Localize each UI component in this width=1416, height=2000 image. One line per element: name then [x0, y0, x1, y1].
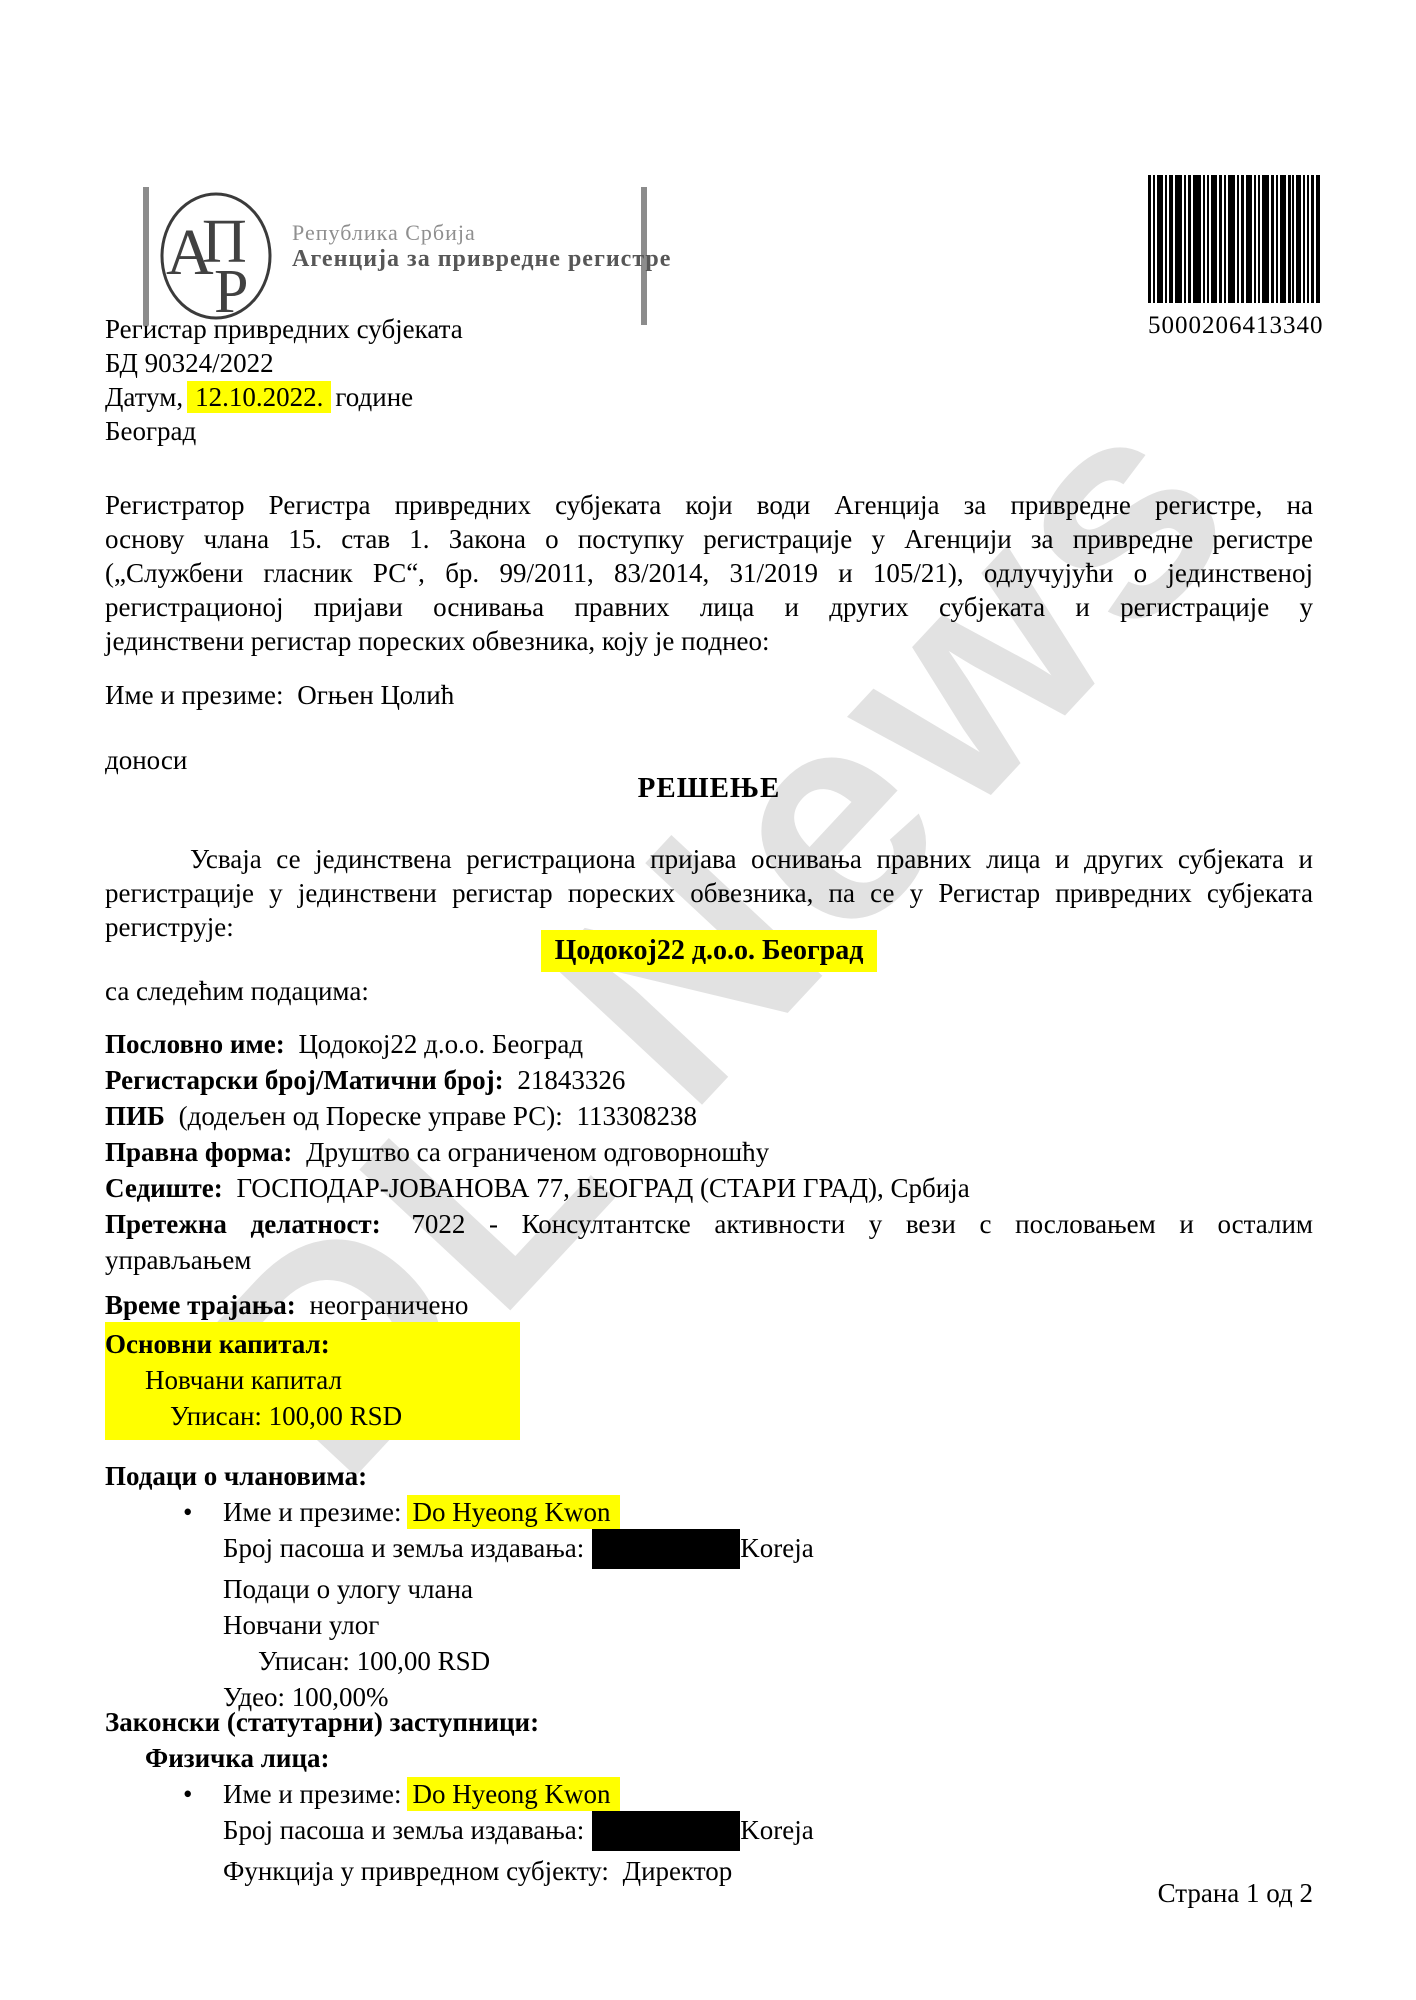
- apr-logo-icon: А П Р: [158, 190, 274, 322]
- passport-redaction-box: [592, 1529, 740, 1569]
- capital-type: Новчани капитал: [105, 1362, 520, 1398]
- page-indicator: Страна 1 од 2: [105, 1878, 1313, 1909]
- rep-name-highlight: Do Hyeong Kwon: [407, 1777, 620, 1811]
- date-prefix: Датум,: [105, 382, 183, 412]
- submitter-label: Име и презиме:: [105, 680, 283, 710]
- rep-name-line: • Име и презиме:Do Hyeong Kwon: [105, 1776, 1313, 1812]
- member-contribution-subscribed: Уписан: 100,00 RSD: [105, 1643, 1313, 1679]
- company-details: Пословно име: Цодокој22 д.о.о. Београд Р…: [105, 1026, 1313, 1278]
- date-line: Датум,12.10.2022.године: [105, 380, 463, 414]
- capital-subscribed: Уписан: 100,00 RSD: [105, 1398, 520, 1434]
- following-data-line: са следећим подацима:: [105, 976, 369, 1007]
- rep-passport-line: Број пасоша и земља издавања:Koreja: [105, 1812, 1313, 1853]
- intro-line: јединствени регистар пореских обвезника,…: [105, 624, 1313, 658]
- legal-form-label: Правна форма:: [105, 1137, 292, 1167]
- activity-label: Претежна делатност:: [105, 1209, 381, 1239]
- pib-value: 113308238: [576, 1101, 697, 1131]
- activity-line-2: управљањем: [105, 1242, 1313, 1278]
- rep-passport-label: Број пасоша и земља издавања:: [223, 1815, 584, 1845]
- representatives-section: Законски (статутарни) заступници: Физичк…: [105, 1704, 1313, 1889]
- bullet-icon: •: [183, 1776, 192, 1812]
- date-suffix: године: [335, 382, 413, 412]
- seat-label: Седиште:: [105, 1173, 223, 1203]
- intro-paragraph: Регистратор Регистра привредних субјекат…: [105, 488, 1313, 658]
- date-highlight: 12.10.2022.: [187, 381, 331, 413]
- logo-agency-label: Агенција за привредне регистре: [292, 246, 671, 273]
- natural-persons-subtitle: Физичка лица:: [105, 1740, 1313, 1776]
- pib-line: ПИБ (додељен од Пореске управе РС): 1133…: [105, 1098, 1313, 1134]
- capital-label: Основни капитал:: [105, 1326, 520, 1362]
- register-name: Регистар привредних субјеката: [105, 312, 463, 346]
- capital-highlight-block: Основни капитал: Новчани капитал Уписан:…: [105, 1322, 520, 1440]
- duration-label: Време трајања:: [105, 1290, 296, 1320]
- intro-line: („Службени гласник РС“, бр. 99/2011, 83/…: [105, 556, 1313, 590]
- intro-line: регистрационој пријави оснивања правних …: [105, 590, 1313, 624]
- rep-passport-country: Koreja: [740, 1815, 813, 1845]
- decision-line: Усваја се јединствена регистрациона приј…: [105, 842, 1313, 876]
- decision-line: регистрације у јединствени регистар поре…: [105, 876, 1313, 910]
- legal-form-line: Правна форма: Друштво са ограниченом одг…: [105, 1134, 1313, 1170]
- activity-value: 7022 - Консултантске активности у вези с…: [411, 1209, 1313, 1239]
- company-name-banner: Цодокој22 д.о.о. Београд: [105, 930, 1313, 972]
- duration-value: неограничено: [310, 1290, 469, 1320]
- intro-line: основу члана 15. став 1. Закона о поступ…: [105, 522, 1313, 556]
- members-section: Подаци о члановима: • Име и презиме:Do H…: [105, 1458, 1313, 1715]
- bullet-icon: •: [183, 1494, 192, 1530]
- logo-left-bar: [143, 187, 149, 325]
- barcode: [1148, 175, 1320, 303]
- legal-form-value: Друштво са ограниченом одговорношћу: [306, 1137, 769, 1167]
- barcode-number: 5000206413340: [1148, 312, 1320, 340]
- case-number: БД 90324/2022: [105, 346, 463, 380]
- intro-line: Регистратор Регистра привредних субјекат…: [105, 488, 1313, 522]
- reg-number-value: 21843326: [517, 1065, 625, 1095]
- business-name-line: Пословно име: Цодокој22 д.о.о. Београд: [105, 1026, 1313, 1062]
- pib-note: (додељен од Пореске управе РС):: [179, 1101, 563, 1131]
- company-name-highlight: Цодокој22 д.о.о. Београд: [541, 930, 878, 972]
- member-passport-label: Број пасоша и земља издавања:: [223, 1533, 584, 1563]
- pib-label: ПИБ: [105, 1101, 165, 1131]
- passport-redaction-box: [592, 1811, 740, 1851]
- reg-number-label: Регистарски број/Матични број:: [105, 1065, 504, 1095]
- duration-line: Време трајања: неограничено: [105, 1290, 468, 1321]
- representatives-title: Законски (статутарни) заступници:: [105, 1704, 1313, 1740]
- logo-republic-label: Република Србија: [292, 220, 476, 246]
- seat-line: Седиште: ГОСПОДАР-ЈОВАНОВА 77, БЕОГРАД (…: [105, 1170, 1313, 1206]
- member-name-highlight: Do Hyeong Kwon: [407, 1495, 620, 1529]
- member-contribution-type: Новчани улог: [105, 1607, 1313, 1643]
- member-role-info: Подаци о улогу члана: [105, 1571, 1313, 1607]
- seat-value: ГОСПОДАР-ЈОВАНОВА 77, БЕОГРАД (СТАРИ ГРА…: [236, 1173, 969, 1203]
- document-page: DL News А П Р Република Србија Агенција …: [0, 0, 1416, 2000]
- decision-paragraph: Усваја се јединствена регистрациона приј…: [105, 842, 1313, 944]
- header-block: Регистар привредних субјеката БД 90324/2…: [105, 312, 463, 448]
- letterhead: А П Р Република Србија Агенција за привр…: [0, 0, 1416, 340]
- submitter-line: Име и презиме: Огњен Цолић: [105, 680, 454, 711]
- rep-name-label: Име и презиме:: [223, 1779, 401, 1809]
- member-name-line: • Име и презиме:Do Hyeong Kwon: [105, 1494, 1313, 1530]
- decision-title: РЕШЕЊЕ: [105, 772, 1313, 805]
- activity-line: Претежна делатност: 7022 - Консултантске…: [105, 1206, 1313, 1242]
- member-passport-country: Koreja: [740, 1533, 813, 1563]
- business-name-label: Пословно име:: [105, 1029, 285, 1059]
- member-passport-line: Број пасоша и земља издавања:Koreja: [105, 1530, 1313, 1571]
- reg-number-line: Регистарски број/Матични број: 21843326: [105, 1062, 1313, 1098]
- submitter-name: Огњен Цолић: [297, 680, 454, 710]
- business-name-value: Цодокој22 д.о.о. Београд: [299, 1029, 584, 1059]
- city: Београд: [105, 414, 463, 448]
- member-name-label: Име и презиме:: [223, 1497, 401, 1527]
- members-title: Подаци о члановима:: [105, 1458, 1313, 1494]
